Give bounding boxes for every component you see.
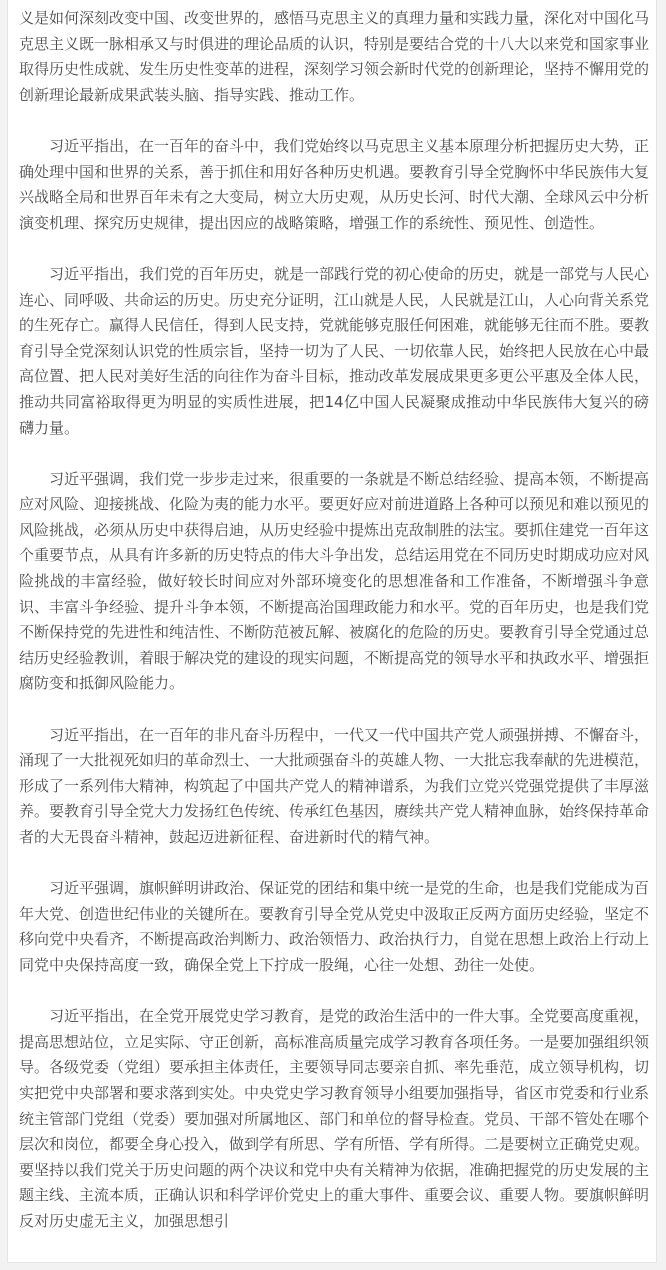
article-body: 义是如何深刻改变中国、改变世界的，感悟马克思主义的真理力量和实践力量，深化对中国… [19, 6, 649, 1260]
article-card: 义是如何深刻改变中国、改变世界的，感悟马克思主义的真理力量和实践力量，深化对中国… [7, 0, 657, 1263]
article-paragraph-7: 习近平指出，在全党开展党史学习教育，是党的政治生活中的一件大事。全党要高度重视，… [19, 1004, 649, 1234]
article-paragraph-3: 习近平指出，我们党的百年历史，就是一部践行党的初心使命的历史，就是一部党与人民心… [19, 262, 649, 441]
article-paragraph-2: 习近平指出，在一百年的奋斗中，我们党始终以马克思主义基本原理分析把握历史大势，正… [19, 134, 649, 236]
article-paragraph-5: 习近平指出，在一百年的非凡奋斗历程中，一代又一代中国共产党人顽强拼搏、不懈奋斗，… [19, 723, 649, 851]
article-paragraph-4: 习近平强调，我们党一步步走过来，很重要的一条就是不断总结经验、提高本领，不断提高… [19, 467, 649, 697]
article-paragraph-1: 义是如何深刻改变中国、改变世界的，感悟马克思主义的真理力量和实践力量，深化对中国… [19, 6, 649, 108]
article-paragraph-6: 习近平强调，旗帜鲜明讲政治、保证党的团结和集中统一是党的生命，也是我们党能成为百… [19, 876, 649, 978]
